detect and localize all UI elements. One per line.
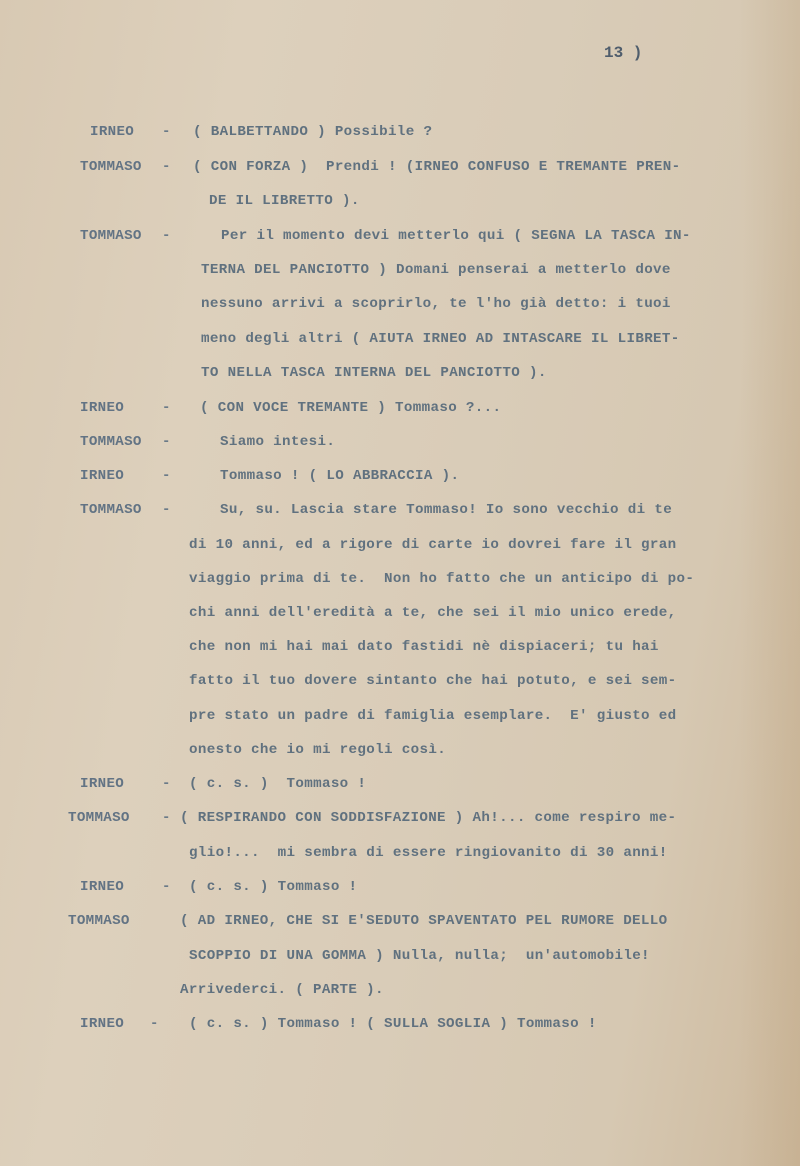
speaker-dash: - — [162, 877, 170, 897]
speaker-label: IRNEO — [80, 877, 124, 897]
dialogue-line: meno degli altri ( AIUTA IRNEO AD INTASC… — [201, 329, 680, 349]
dialogue-line: pre stato un padre di famiglia esemplare… — [189, 706, 677, 726]
dialogue-line: onesto che io mi regoli così. — [189, 740, 446, 760]
page-number: 13 ) — [604, 44, 642, 62]
speaker-label: TOMMASO — [68, 911, 130, 931]
dialogue-line: ( CON FORZA ) Prendi ! (IRNEO CONFUSO E … — [193, 157, 681, 177]
speaker-dash: - — [150, 1014, 158, 1034]
dialogue-line: ( c. s. ) Tommaso ! ( SULLA SOGLIA ) Tom… — [189, 1014, 597, 1034]
dialogue-line: fatto il tuo dovere sintanto che hai pot… — [189, 671, 677, 691]
dialogue-line: Tommaso ! ( LO ABBRACCIA ). — [220, 466, 459, 486]
speaker-dash: - — [162, 808, 170, 828]
dialogue-line: Siamo intesi. — [220, 432, 335, 452]
speaker-label: IRNEO — [90, 122, 134, 142]
speaker-label: IRNEO — [80, 398, 124, 418]
speaker-dash: - — [162, 774, 170, 794]
dialogue-line: viaggio prima di te. Non ho fatto che un… — [189, 569, 694, 589]
speaker-label: TOMMASO — [80, 157, 142, 177]
speaker-label: IRNEO — [80, 466, 124, 486]
dialogue-line: ( AD IRNEO, CHE SI E'SEDUTO SPAVENTATO P… — [180, 911, 668, 931]
dialogue-line: chi anni dell'eredità a te, che sei il m… — [189, 603, 677, 623]
speaker-dash: - — [162, 226, 170, 246]
dialogue-line: ( CON VOCE TREMANTE ) Tommaso ?... — [200, 398, 501, 418]
dialogue-line: glio!... mi sembra di essere ringiovanit… — [189, 843, 668, 863]
speaker-dash: - — [162, 500, 170, 520]
dialogue-line: SCOPPIO DI UNA GOMMA ) Nulla, nulla; un'… — [189, 946, 650, 966]
dialogue-line: Su, su. Lascia stare Tommaso! Io sono ve… — [220, 500, 672, 520]
dialogue-line: ( c. s. ) Tommaso ! — [189, 877, 357, 897]
speaker-dash: - — [162, 398, 170, 418]
typewritten-page: 13 ) IRNEO - ( BALBETTANDO ) Possibile ?… — [0, 0, 800, 1166]
speaker-dash: - — [162, 122, 170, 142]
dialogue-line: ( RESPIRANDO CON SODDISFAZIONE ) Ah!... … — [180, 808, 676, 828]
dialogue-line: ( c. s. ) Tommaso ! — [189, 774, 366, 794]
dialogue-line: che non mi hai mai dato fastidi nè dispi… — [189, 637, 659, 657]
speaker-label: TOMMASO — [80, 432, 142, 452]
dialogue-line: TERNA DEL PANCIOTTO ) Domani penserai a … — [201, 260, 671, 280]
speaker-label: TOMMASO — [80, 500, 142, 520]
dialogue-line: DE IL LIBRETTO ). — [209, 191, 360, 211]
speaker-dash: - — [162, 432, 170, 452]
speaker-dash: - — [162, 157, 170, 177]
dialogue-line: ( BALBETTANDO ) Possibile ? — [193, 122, 432, 142]
dialogue-line: TO NELLA TASCA INTERNA DEL PANCIOTTO ). — [201, 363, 547, 383]
speaker-label: IRNEO — [80, 1014, 124, 1034]
page-edge-shadow — [740, 0, 800, 1166]
dialogue-line: Per il momento devi metterlo qui ( SEGNA… — [221, 226, 691, 246]
speaker-label: IRNEO — [80, 774, 124, 794]
dialogue-line: Arrivederci. ( PARTE ). — [180, 980, 384, 1000]
speaker-label: TOMMASO — [80, 226, 142, 246]
speaker-label: TOMMASO — [68, 808, 130, 828]
dialogue-line: nessuno arrivi a scoprirlo, te l'ho già … — [201, 294, 671, 314]
dialogue-line: di 10 anni, ed a rigore di carte io dovr… — [189, 535, 677, 555]
speaker-dash: - — [162, 466, 170, 486]
